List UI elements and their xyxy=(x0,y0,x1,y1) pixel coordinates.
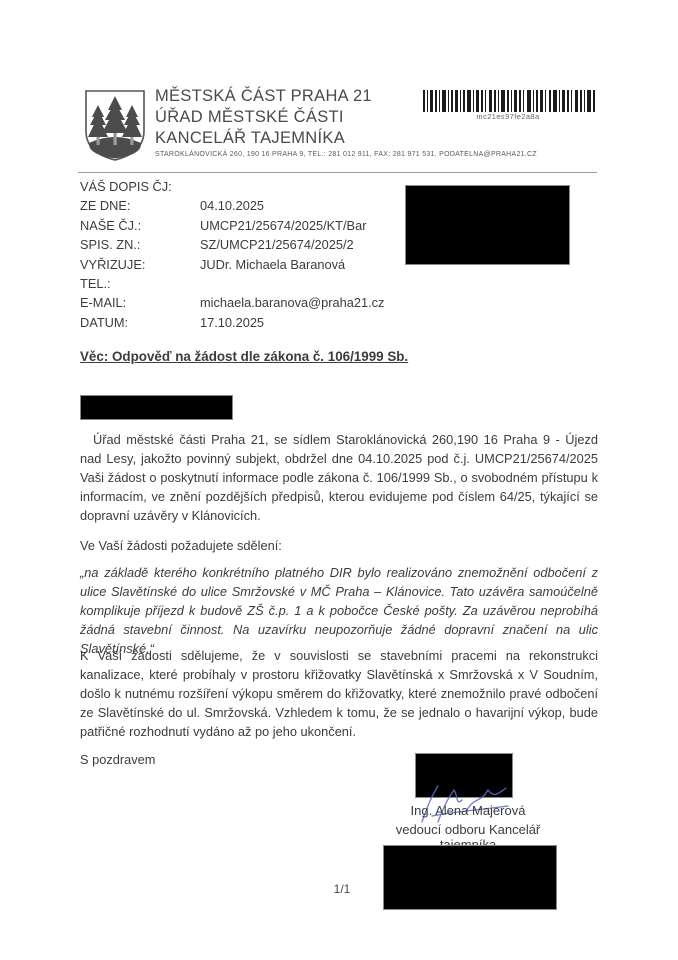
meta-label: E-MAIL: xyxy=(80,293,200,312)
page-number: 1/1 xyxy=(330,882,354,896)
letter-metadata: VÁŠ DOPIS ČJ: ZE DNE: 04.10.2025 NAŠE ČJ… xyxy=(80,177,384,332)
meta-row-spis-zn: SPIS. ZN.: SZ/UMCP21/25674/2025/2 xyxy=(80,235,384,254)
meta-label: VÁŠ DOPIS ČJ: xyxy=(80,177,200,196)
meta-value: 04.10.2025 xyxy=(200,196,264,215)
barcode-icon xyxy=(423,90,595,112)
org-address-line: STAROKLÁNOVICKÁ 260, 190 16 PRAHA 9, TEL… xyxy=(155,151,537,158)
meta-row-tel: TEL.: xyxy=(80,274,384,293)
signer-name: Ing. Alena Majerová xyxy=(368,803,568,818)
org-name-line3: KANCELÁŘ TAJEMNÍKA xyxy=(155,128,372,149)
meta-value: SZ/UMCP21/25674/2025/2 xyxy=(200,235,354,254)
redaction-box-recipient xyxy=(405,185,570,265)
org-name-line2: ÚŘAD MĚSTSKÉ ČÁSTI xyxy=(155,107,372,128)
org-header: MĚSTSKÁ ČÁST PRAHA 21 ÚŘAD MĚSTSKÉ ČÁSTI… xyxy=(155,86,372,149)
meta-row-vyrizuje: VYŘIZUJE: JUDr. Michaela Baranová xyxy=(80,255,384,274)
meta-label: DATUM: xyxy=(80,313,200,332)
meta-value: 17.10.2025 xyxy=(200,313,264,332)
meta-row-vas-dopis: VÁŠ DOPIS ČJ: xyxy=(80,177,384,196)
closing-salutation: S pozdravem xyxy=(80,750,598,769)
meta-row-email: E-MAIL: michaela.baranova@praha21.cz xyxy=(80,293,384,312)
meta-value: UMCP21/25674/2025/KT/Bar xyxy=(200,216,366,235)
meta-label: ZE DNE: xyxy=(80,196,200,215)
paragraph-request-lead: Ve Vaší žádosti požadujete sdělení: xyxy=(80,536,598,555)
meta-value: JUDr. Michaela Baranová xyxy=(200,255,345,274)
paragraph-quoted-request: „na základě kterého konkrétního platného… xyxy=(80,563,598,658)
redaction-box-addressee xyxy=(80,395,233,420)
header-divider xyxy=(78,172,597,173)
meta-label: SPIS. ZN.: xyxy=(80,235,200,254)
barcode-label: mc21es97fe2a8a xyxy=(438,112,578,121)
letter-page: MĚSTSKÁ ČÁST PRAHA 21 ÚŘAD MĚSTSKÉ ČÁSTI… xyxy=(0,0,678,960)
org-name-line1: MĚSTSKÁ ČÁST PRAHA 21 xyxy=(155,86,372,107)
paragraph-intro: Úřad městské části Praha 21, se sídlem S… xyxy=(80,430,598,525)
paragraph-answer: K Vaší žádosti sdělujeme, že v souvislos… xyxy=(80,646,598,741)
subject-line: Věc: Odpověď na žádost dle zákona č. 106… xyxy=(80,349,408,364)
coat-of-arms-icon xyxy=(84,89,146,162)
meta-row-nase-cj: NAŠE ČJ.: UMCP21/25674/2025/KT/Bar xyxy=(80,216,384,235)
redaction-box-footer xyxy=(383,845,557,910)
meta-value: michaela.baranova@praha21.cz xyxy=(200,293,384,312)
meta-row-datum: DATUM: 17.10.2025 xyxy=(80,313,384,332)
meta-row-ze-dne: ZE DNE: 04.10.2025 xyxy=(80,196,384,215)
meta-label: VYŘIZUJE: xyxy=(80,255,200,274)
meta-label: TEL.: xyxy=(80,274,200,293)
meta-label: NAŠE ČJ.: xyxy=(80,216,200,235)
